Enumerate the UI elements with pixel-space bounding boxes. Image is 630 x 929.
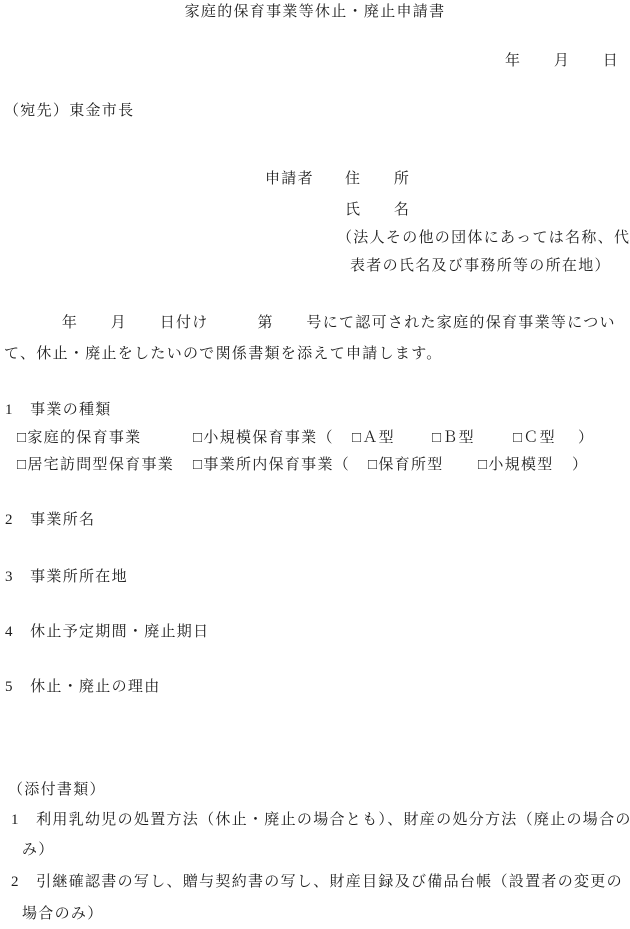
checkbox-family-daycare[interactable]: □家庭的保育事業 (17, 429, 141, 448)
applicant-name-label: 氏 名 (345, 201, 410, 220)
checkbox-type-b[interactable]: □Ｂ型 (432, 429, 475, 448)
row1-close-paren: ） (578, 429, 594, 448)
date-blank-line: 年 月 日 (505, 52, 619, 71)
applicant-address-label: 住 所 (345, 170, 410, 189)
section3-heading: 3 事業所所在地 (5, 568, 128, 587)
attachments-heading: （添付書類） (8, 781, 106, 800)
applicant-label: 申請者 (265, 170, 314, 189)
section1-heading: 1 事業の種類 (5, 401, 112, 420)
row2-close-paren: ） (572, 456, 588, 475)
checkbox-small-scale-daycare[interactable]: □小規模保育事業（ (193, 429, 334, 448)
body-paragraph-line1: 年 月 日付け 第 号にて認可された家庭的保育事業等につい (13, 314, 616, 333)
checkbox-type-c[interactable]: □Ｃ型 (513, 429, 556, 448)
corporate-note-line2: 表者の氏名及び事務所等の所在地） (350, 257, 611, 276)
addressee: （宛先）東金市長 (4, 102, 134, 121)
section5-heading: 5 休止・廃止の理由 (5, 678, 161, 697)
corporate-note-line1: （法人その他の団体にあっては名称、代 (337, 229, 630, 248)
page-title: 家庭的保育事業等休止・廃止申請書 (0, 3, 630, 22)
attachment-item-1-line2: み） (22, 841, 55, 860)
section2-heading: 2 事業所名 (5, 511, 95, 530)
application-form-page: 家庭的保育事業等休止・廃止申請書 年 月 日 （宛先）東金市長 申請者 住 所 … (0, 0, 630, 929)
attachment-item-1-line1: 1 利用乳幼児の処置方法（休止・廃止の場合とも）、財産の処分方法（廃止の場合の (11, 811, 630, 830)
checkbox-type-a[interactable]: □Ａ型 (352, 429, 395, 448)
checkbox-small-scale-type[interactable]: □小規模型 (478, 456, 554, 475)
checkbox-workplace-daycare[interactable]: □事業所内保育事業（ (193, 456, 350, 475)
checkbox-home-visit-daycare[interactable]: □居宅訪問型保育事業 (17, 456, 174, 475)
checkbox-nursery-type[interactable]: □保育所型 (368, 456, 444, 475)
attachment-item-2-line2: 場合のみ） (22, 905, 104, 924)
section4-heading: 4 休止予定期間・廃止期日 (5, 623, 209, 642)
attachment-item-2-line1: 2 引継確認書の写し、贈与契約書の写し、財産目録及び備品台帳（設置者の変更の (11, 873, 623, 892)
body-paragraph-line2: て、休止・廃止をしたいので関係書類を添えて申請します。 (4, 345, 443, 364)
